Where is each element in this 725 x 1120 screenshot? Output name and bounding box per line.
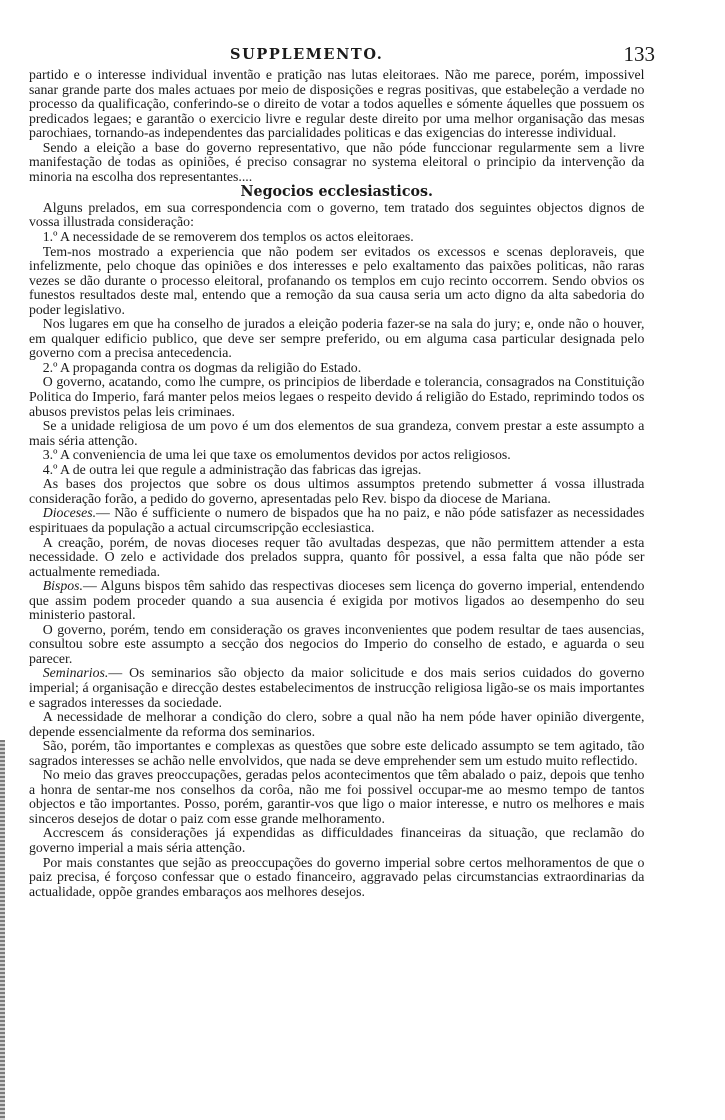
paragraph: Tem-nos mostrado a experiencia que não p… (29, 245, 644, 318)
paragraph: São, porém, tão importantes e complexas … (29, 739, 644, 768)
paragraph: A creação, porém, de novas dioceses requ… (29, 536, 644, 580)
subsection-bispos: Bispos.— Alguns bispos têm sahido das re… (29, 579, 644, 623)
paragraph: O governo, porém, tendo em consideração … (29, 623, 644, 667)
section-heading: Negocios ecclesiasticos. (29, 185, 644, 200)
subsection-dioceses: Dioceses.— Não é sufficiente o numero de… (29, 506, 644, 535)
paragraph: Alguns prelados, em sua correspondencia … (29, 201, 644, 230)
subsection-seminarios: Seminarios.— Os seminarios são objecto d… (29, 666, 644, 710)
page-header: SUPPLEMENTO. 133 (30, 44, 655, 68)
list-item-4: 4.º A de outra lei que regule a administ… (29, 463, 644, 478)
running-title: SUPPLEMENTO. (230, 46, 383, 63)
paragraph-text: — Alguns bispos têm sahido das respectiv… (29, 578, 644, 623)
list-item-1: 1.º A necessidade de se removerem dos te… (29, 230, 644, 245)
page-number: 133 (624, 42, 656, 67)
list-item-2: 2.º A propaganda contra os dogmas da rel… (29, 361, 644, 376)
paragraph: Nos lugares em que ha conselho de jurado… (29, 317, 644, 361)
list-item-3: 3.º A conveniencia de uma lei que taxe o… (29, 448, 644, 463)
paragraph: As bases dos projectos que sobre os dous… (29, 477, 644, 506)
paragraph: Por mais constantes que sejão as preoccu… (29, 856, 644, 900)
page-body: partido e o interesse individual inventã… (29, 68, 644, 899)
paragraph: Sendo a eleição a base do governo repres… (29, 141, 644, 185)
paragraph-text: — Não é sufficiente o numero de bispados… (29, 505, 644, 536)
paragraph: O governo, acatando, como lhe cumpre, os… (29, 375, 644, 419)
paragraph: Accrescem ás considerações já expendidas… (29, 826, 644, 855)
paragraph: No meio das graves preoccupações, gerada… (29, 768, 644, 826)
paragraph-text: — Os seminarios são objecto da maior sol… (29, 665, 644, 710)
paragraph: partido e o interesse individual inventã… (29, 68, 644, 141)
paragraph: A necessidade de melhorar a condição do … (29, 710, 644, 739)
paragraph: Se a unidade religiosa de um povo é um d… (29, 419, 644, 448)
page-binding-edge (0, 740, 5, 1120)
